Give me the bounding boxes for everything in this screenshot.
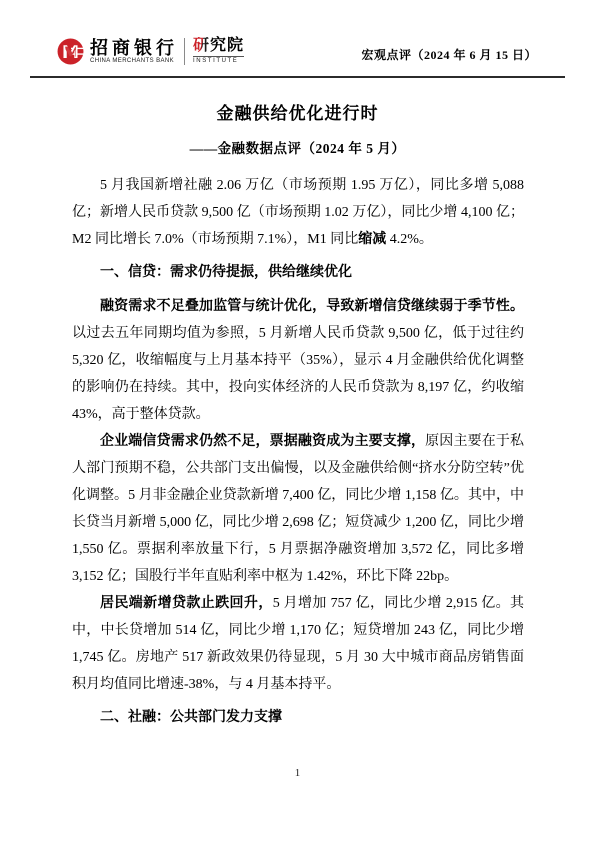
report-type-date: 宏观点评（2024 年 6 月 15 日） — [361, 40, 537, 63]
paragraph-bold-text: 融资需求不足叠加监管与统计优化，导致新增信贷继续弱于季节性。 — [100, 299, 524, 314]
paragraph-text: 5 月我国新增社融 2.06 万亿（市场预期 1.95 万亿），同比多增 5,0… — [72, 178, 524, 247]
page-number: 1 — [295, 767, 301, 779]
bank-name-block: 招商银行 CHINA MERCHANTS BANK — [90, 38, 178, 65]
paragraph: 企业端信贷需求仍然不足，票据融资成为主要支撑，原因主要在于私人部门预期不稳，公共… — [72, 428, 524, 590]
institute-name-first-char: 研 — [193, 37, 210, 54]
paragraph-bold-text: 企业端信贷需求仍然不足，票据融资成为主要支撑， — [100, 434, 425, 449]
document-header: 招商银行 CHINA MERCHANTS BANK 研究院 INSTITUTE … — [57, 37, 537, 65]
paragraph: 5 月我国新增社融 2.06 万亿（市场预期 1.95 万亿），同比多增 5,0… — [72, 172, 524, 253]
paragraph-bold-text: 缩减 — [358, 232, 386, 247]
header-rule — [30, 76, 565, 78]
bank-name-en: CHINA MERCHANTS BANK — [90, 58, 178, 65]
bank-name: 招商银行 — [90, 38, 178, 58]
paragraph: 融资需求不足叠加监管与统计优化，导致新增信贷继续弱于季节性。以过去五年同期均值为… — [72, 293, 524, 428]
brand-divider — [184, 38, 185, 65]
cmb-brand: 招商银行 CHINA MERCHANTS BANK 研究院 INSTITUTE — [57, 37, 244, 65]
institute-name-en: INSTITUTE — [193, 56, 244, 65]
section-heading: 一、信贷：需求仍待提振，供给继续优化 — [72, 259, 524, 286]
paragraph-text: 4.2%。 — [386, 232, 433, 247]
institute-name: 研究院 — [193, 37, 244, 55]
section-heading: 二、社融：公共部门发力支撑 — [72, 704, 524, 731]
paragraph-text: 原因主要在于私人部门预期不稳，公共部门支出偏慢，以及金融供给侧“挤水分防空转”优… — [72, 434, 524, 584]
page-footer: 1 — [0, 763, 595, 781]
paragraph-bold-text: 居民端新增贷款止跌回升， — [100, 596, 273, 611]
cmb-logo-icon — [57, 38, 84, 65]
report-body: 5 月我国新增社融 2.06 万亿（市场预期 1.95 万亿），同比多增 5,0… — [72, 172, 524, 738]
paragraph-text: 以过去五年同期均值为参照，5 月新增人民币贷款 9,500 亿，低于过往约 5,… — [72, 326, 524, 422]
institute-block: 研究院 INSTITUTE — [193, 37, 244, 65]
institute-name-rest: 究院 — [210, 37, 244, 54]
report-title: 金融供给优化进行时 — [0, 99, 595, 124]
document-page: 招商银行 CHINA MERCHANTS BANK 研究院 INSTITUTE … — [0, 0, 595, 842]
report-subtitle: ——金融数据点评（2024 年 5 月） — [0, 137, 595, 157]
paragraph: 居民端新增贷款止跌回升，5 月增加 757 亿，同比少增 2,915 亿。其中，… — [72, 590, 524, 698]
